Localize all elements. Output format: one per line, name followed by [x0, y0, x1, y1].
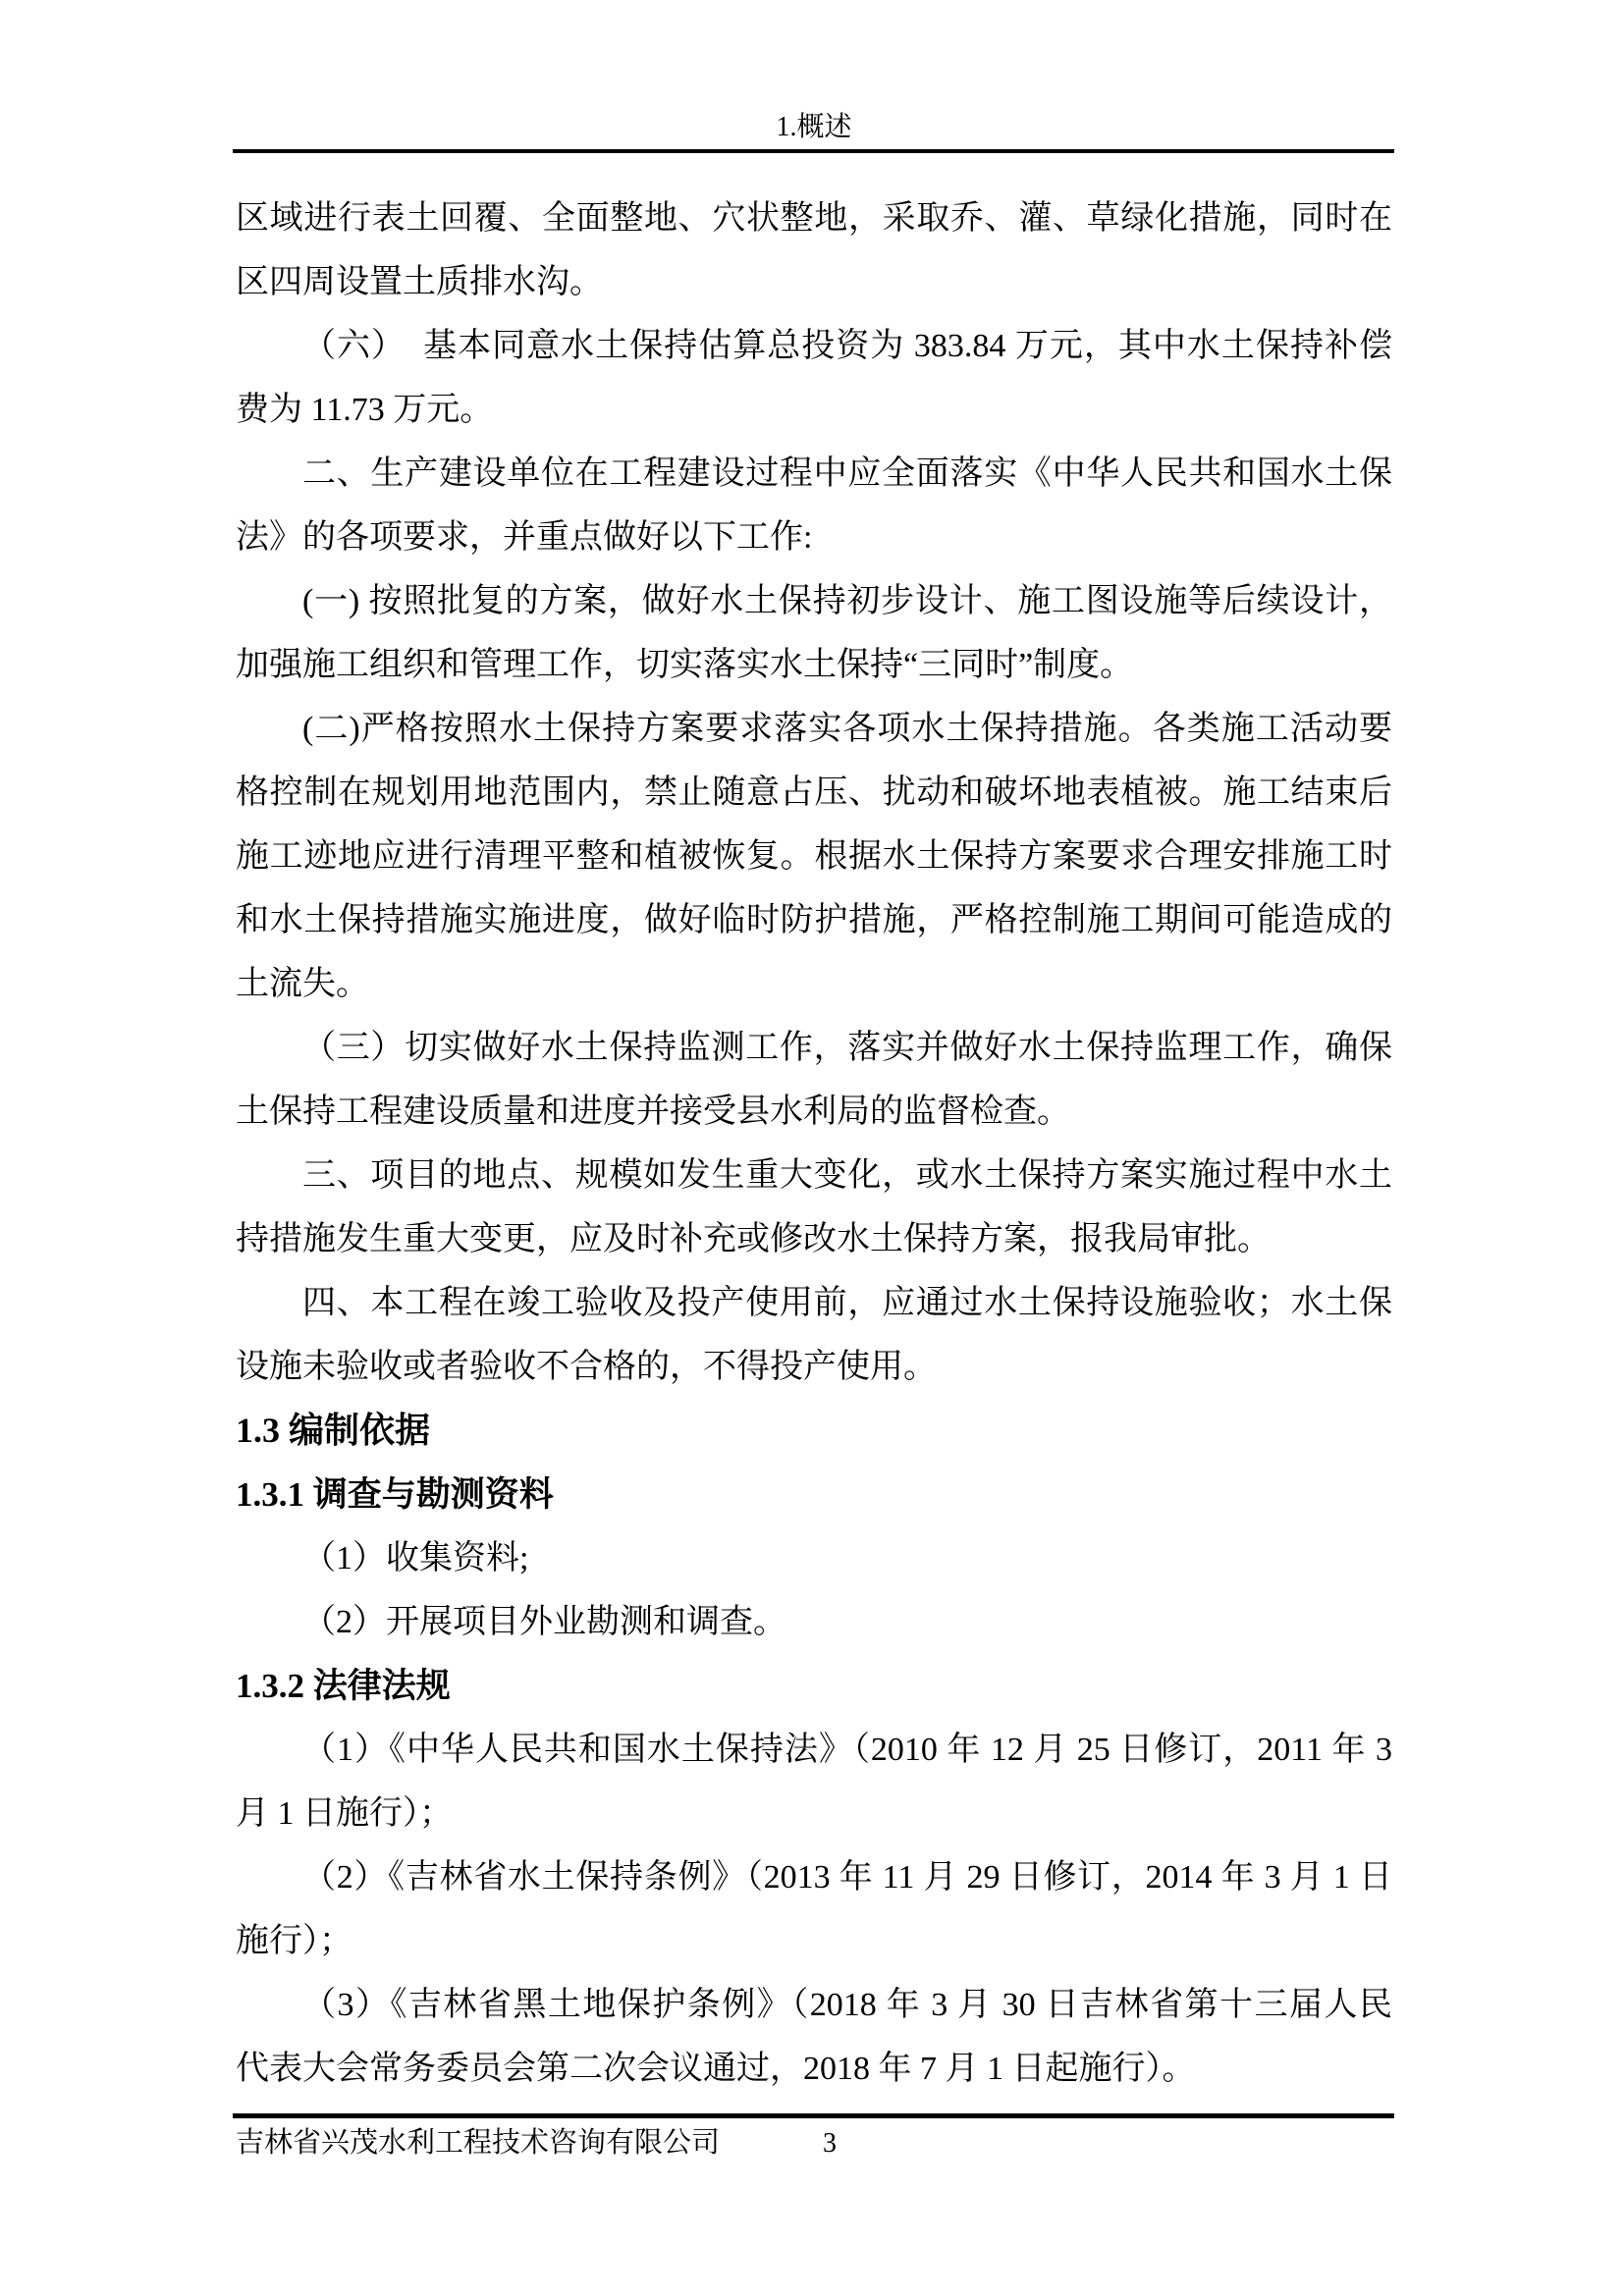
- text-line: （2）《吉林省水土保持条例》（2013 年 11 月 29 日修订，2014 年…: [236, 1845, 1392, 1909]
- text-line: 三、项目的地点、规模如发生重大变化，或水土保持方案实施过程中水土保: [236, 1144, 1392, 1207]
- text-line: 代表大会常务委员会第二次会议通过，2018 年 7 月 1 日起施行）。: [236, 2037, 1392, 2101]
- section-heading: 1.3.2 法律法规: [236, 1654, 1392, 1718]
- text-line: (二)严格按照水土保持方案要求落实各项水土保持措施。各类施工活动要严: [236, 697, 1392, 761]
- chapter-header-title: 1.概述: [236, 108, 1392, 147]
- header-rule: [233, 149, 1394, 153]
- text-line: 区域进行表土回覆、全面整地、穴状整地，采取乔、灌、草绿化措施，同时在厂: [236, 187, 1392, 250]
- text-line: 费为 11.73 万元。: [236, 378, 1392, 442]
- text-line: （2）开展项目外业勘测和调查。: [236, 1590, 1392, 1654]
- section-heading: 1.3.1 调查与勘测资料: [236, 1463, 1392, 1526]
- text-line: 加强施工组织和管理工作，切实落实水土保持“三同时”制度。: [236, 633, 1392, 697]
- text-line: 土保持工程建设质量和进度并接受县水利局的监督检查。: [236, 1080, 1392, 1144]
- text-line: （1）收集资料;: [236, 1526, 1392, 1590]
- text-line: （1）《中华人民共和国水土保持法》（2010 年 12 月 25 日修订，201…: [236, 1718, 1392, 1782]
- section-heading: 1.3 编制依据: [236, 1399, 1392, 1463]
- text-line: 格控制在规划用地范围内，禁止随意占压、扰动和破坏地表植被。施工结束后对: [236, 761, 1392, 825]
- text-line: 和水土保持措施实施进度，做好临时防护措施，严格控制施工期间可能造成的水: [236, 888, 1392, 952]
- text-line: 区四周设置土质排水沟。: [236, 250, 1392, 314]
- text-line: 法》的各项要求，并重点做好以下工作:: [236, 506, 1392, 569]
- text-line: (一) 按照批复的方案，做好水土保持初步设计、施工图设施等后续设计，: [236, 569, 1392, 633]
- footer-rule: [233, 2113, 1394, 2118]
- text-line: 持措施发生重大变更，应及时补充或修改水土保持方案，报我局审批。: [236, 1207, 1392, 1271]
- document-body: 区域进行表土回覆、全面整地、穴状整地，采取乔、灌、草绿化措施，同时在厂区四周设置…: [236, 187, 1392, 2101]
- text-line: 月 1 日施行）；: [236, 1782, 1392, 1845]
- text-line: （六） 基本同意水土保持估算总投资为 383.84 万元，其中水土保持补偿: [236, 314, 1392, 378]
- text-line: 四、本工程在竣工验收及投产使用前，应通过水土保持设施验收；水土保持: [236, 1271, 1392, 1335]
- text-line: 二、生产建设单位在工程建设过程中应全面落实《中华人民共和国水土保持: [236, 442, 1392, 506]
- text-line: 施行）；: [236, 1909, 1392, 1973]
- document-page: 1.概述 区域进行表土回覆、全面整地、穴状整地，采取乔、灌、草绿化措施，同时在厂…: [0, 0, 1624, 2296]
- text-line: （3）《吉林省黑土地保护条例》（2018 年 3 月 30 日吉林省第十三届人民: [236, 1973, 1392, 2037]
- footer-page-number: 3: [823, 2126, 837, 2162]
- text-line: （三）切实做好水土保持监测工作，落实并做好水土保持监理工作，确保水: [236, 1016, 1392, 1080]
- text-line: 施工迹地应进行清理平整和植被恢复。根据水土保持方案要求合理安排施工时序: [236, 825, 1392, 888]
- text-line: 设施未验收或者验收不合格的，不得投产使用。: [236, 1335, 1392, 1399]
- footer-company-name: 吉林省兴茂水利工程技术咨询有限公司: [236, 2123, 720, 2163]
- text-line: 土流失。: [236, 952, 1392, 1016]
